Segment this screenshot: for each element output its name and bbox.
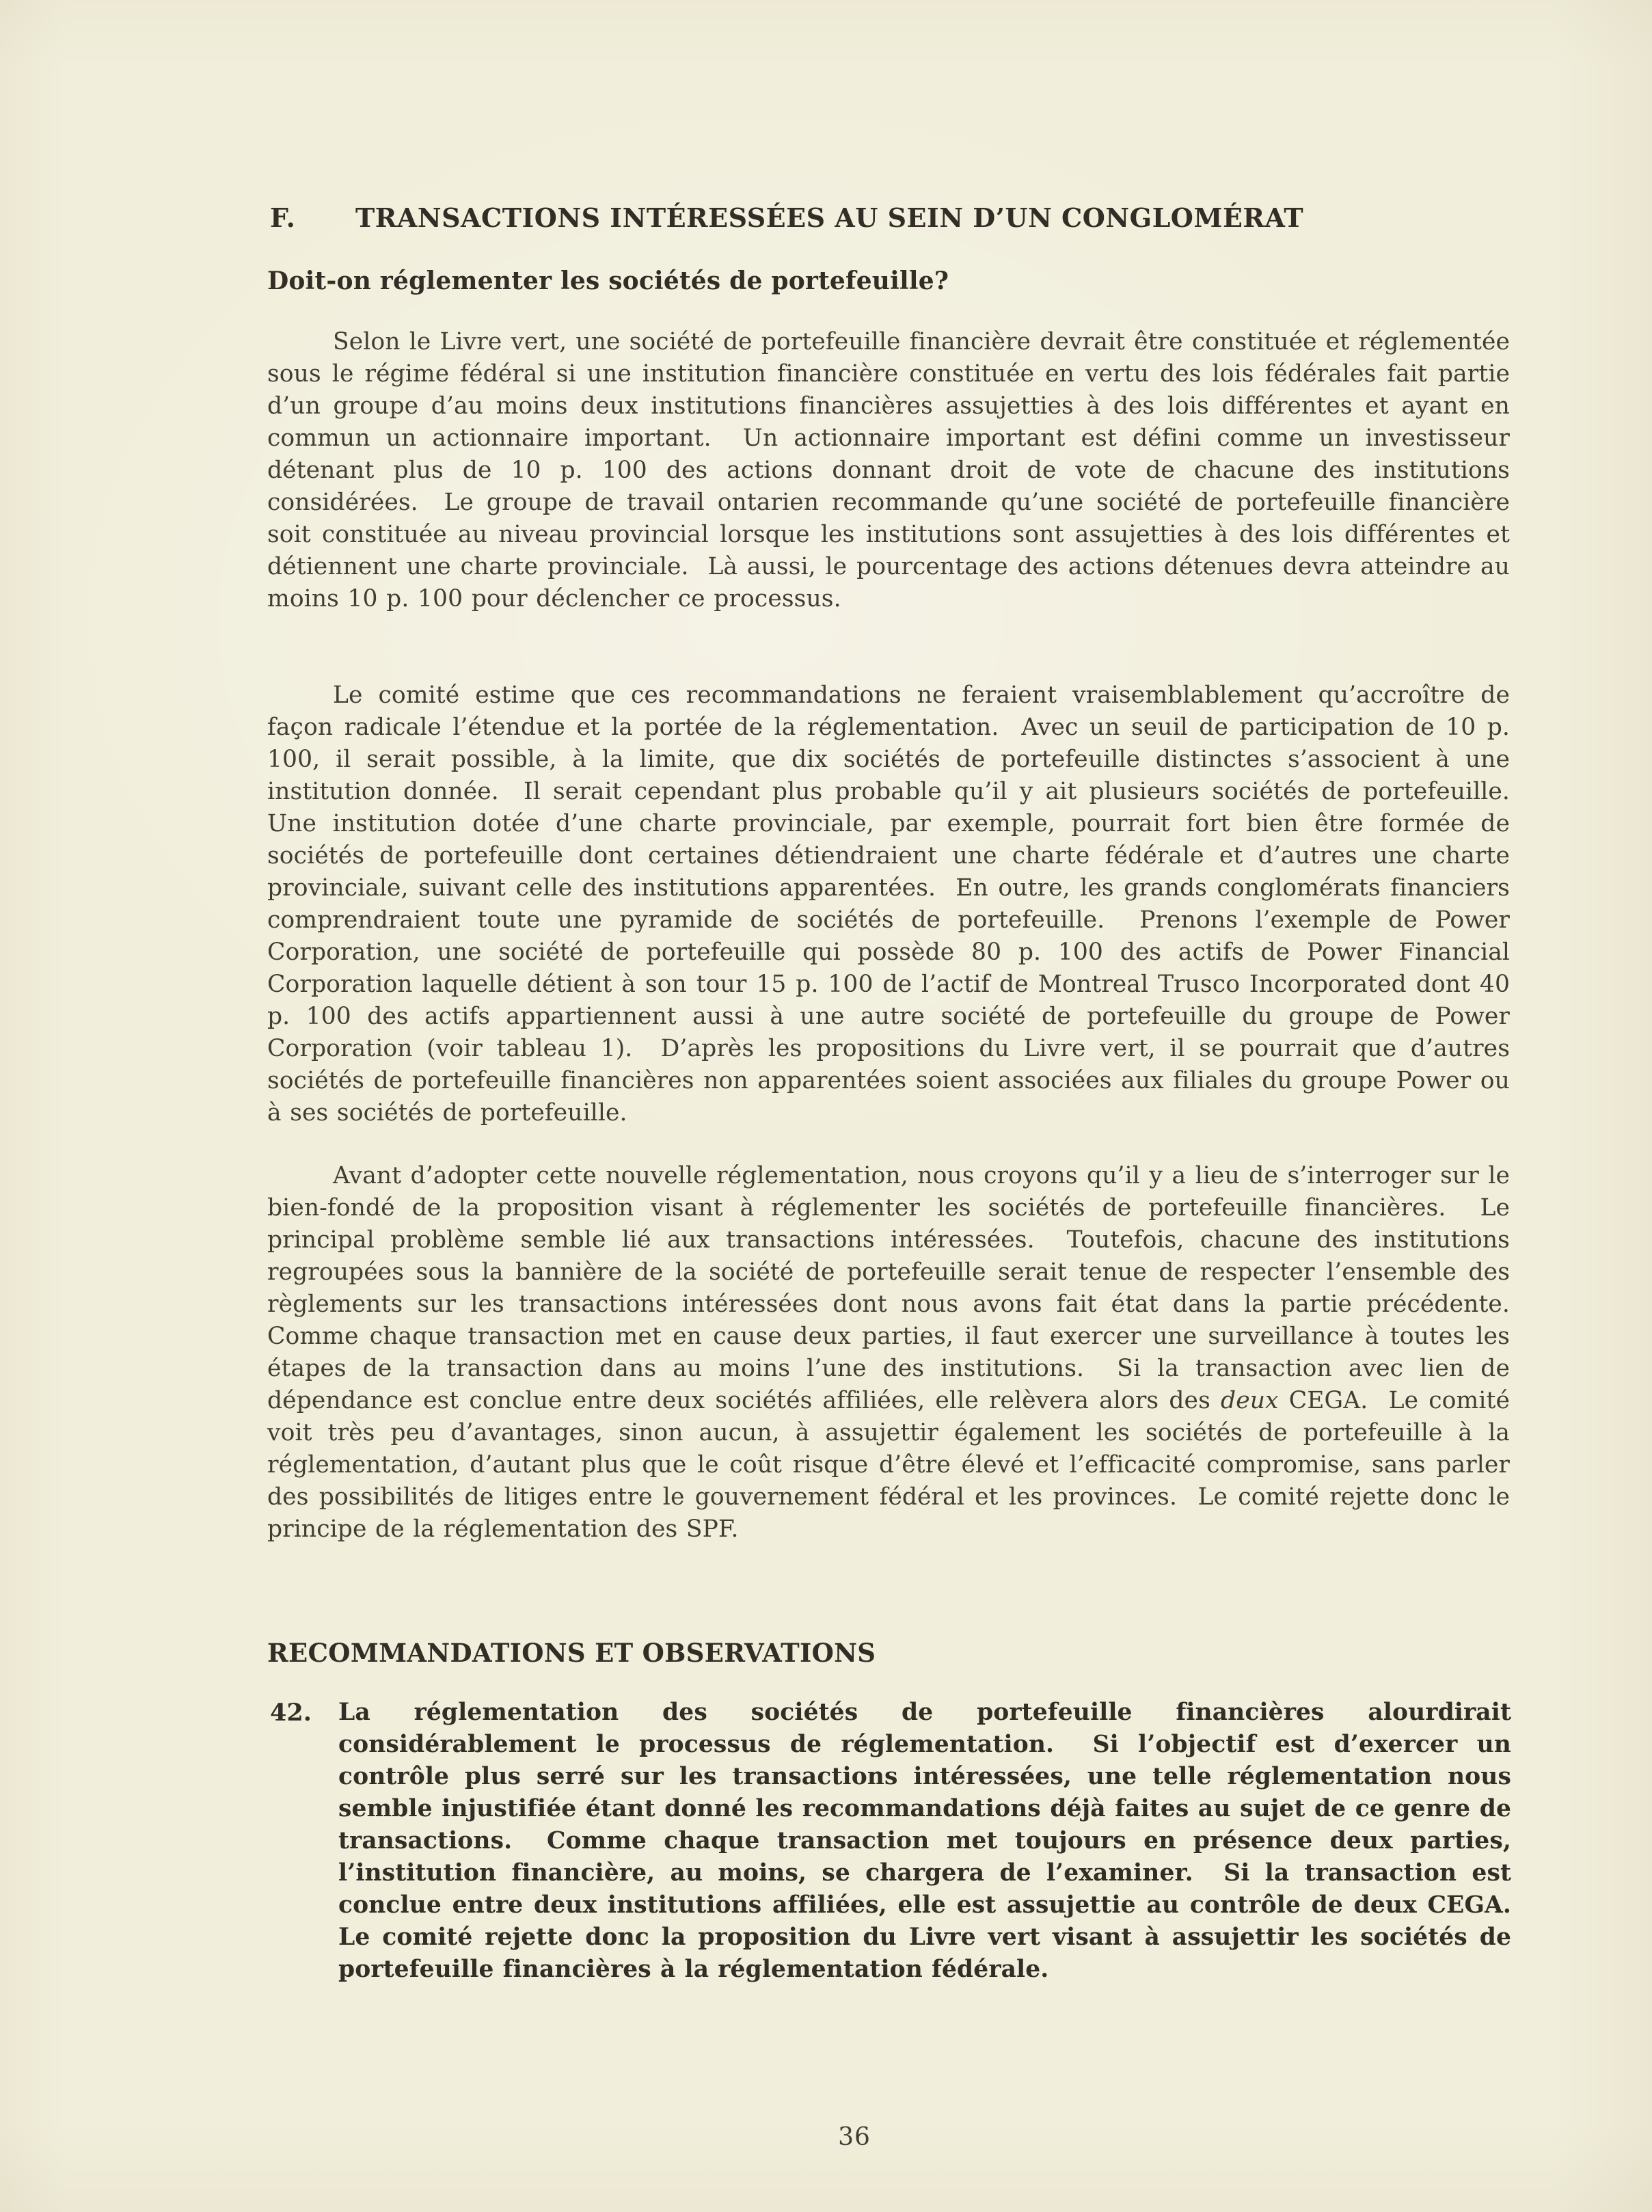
paragraph-1: Selon le Livre vert, une société de port… — [267, 326, 1510, 615]
section-letter: F. — [270, 202, 355, 233]
recommendations-heading: RECOMMANDATIONS ET OBSERVATIONS — [267, 1638, 1511, 1668]
recommendation-number: 42. — [270, 1697, 312, 1729]
paragraph-3-text-before: Avant d’adopter cette nouvelle réglement… — [267, 1162, 1527, 1414]
paragraph-3: Avant d’adopter cette nouvelle réglement… — [267, 1160, 1510, 1546]
section-title: TRANSACTIONS INTÉRESSÉES AU SEIN D’UN CO… — [355, 202, 1303, 233]
recommendation-text: La réglementation des sociétés de portef… — [338, 1697, 1511, 1986]
recommendation-item-42: 42. La réglementation des sociétés de po… — [270, 1697, 1511, 1986]
paragraph-2: Le comité estime que ces recommandations… — [267, 679, 1510, 1129]
page-number: 36 — [0, 2123, 1652, 2151]
paragraph-3-italic-word: deux — [1221, 1387, 1279, 1414]
paragraph-1-text: Selon le Livre vert, une société de port… — [267, 328, 1519, 612]
paragraph-2-text: Le comité estime que ces recommandations… — [267, 682, 1527, 1127]
section-heading: F.TRANSACTIONS INTÉRESSÉES AU SEIN D’UN … — [270, 202, 1514, 233]
document-page: F.TRANSACTIONS INTÉRESSÉES AU SEIN D’UN … — [0, 0, 1652, 2212]
subsection-heading: Doit-on réglementer les sociétés de port… — [267, 267, 1511, 295]
